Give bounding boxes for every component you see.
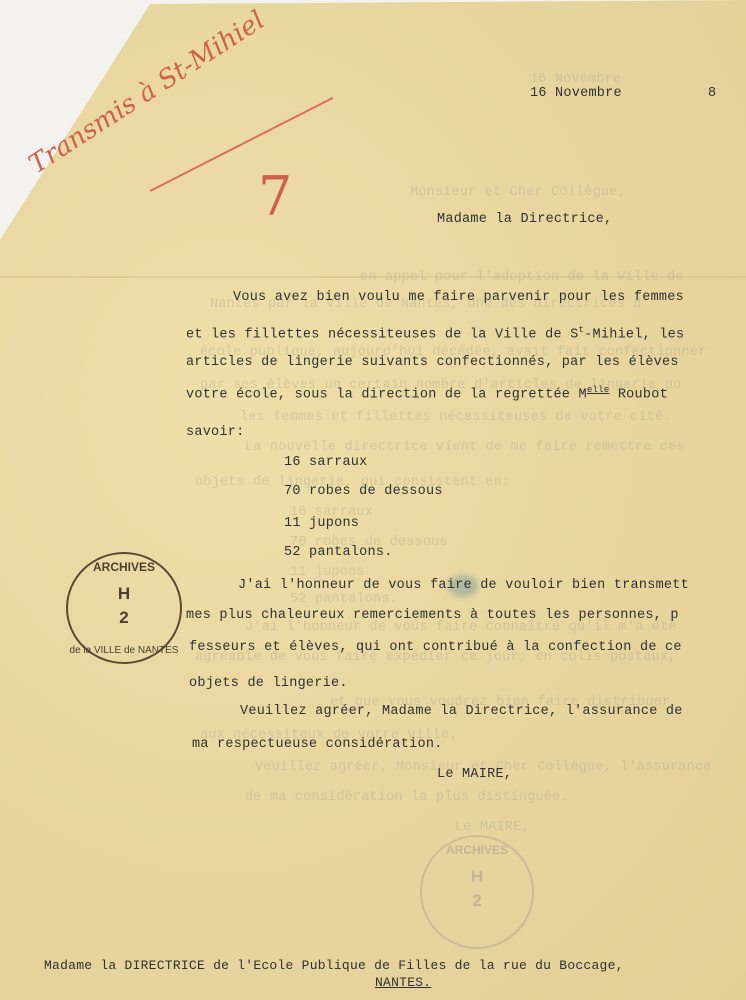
body-line: Vous avez bien voulu me faire parvenir p… <box>233 290 684 305</box>
stamp-number: 2 <box>422 891 532 911</box>
stamp-bottom-text: de la VILLE de NANTES <box>68 645 180 656</box>
body-line: J'ai l'honneur de vous faire de vouloir … <box>238 578 689 593</box>
handwritten-number: 7 <box>258 165 292 228</box>
address-line: Madame la DIRECTRICE de l'Ecole Publique… <box>44 958 624 973</box>
body-line: ma respectueuse considération. <box>192 737 443 752</box>
stamp-top-text: ARCHIVES <box>68 560 180 574</box>
ghost-line: en appel pour l'adoption de la Ville de <box>360 270 684 285</box>
stamp-number: 2 <box>68 608 180 628</box>
stamp-letter: H <box>422 867 532 887</box>
body-line: fesseurs et élèves, qui ont contribué à … <box>189 640 682 655</box>
stamp-letter: H <box>68 584 180 604</box>
body-line: savoir: <box>186 425 244 440</box>
letter-paper <box>0 0 746 1000</box>
stamp-top-text: ARCHIVES <box>422 843 532 857</box>
list-item: 11 jupons <box>284 516 359 531</box>
ghost-line: les femmes et fillettes nécessiteuses de… <box>240 410 672 425</box>
salutation: Madame la Directrice, <box>437 212 612 227</box>
letter-year-fragment: 8 <box>708 86 716 101</box>
body-line: articles de lingerie suivants confection… <box>186 355 679 370</box>
address-city: NANTES. <box>375 975 431 990</box>
body-line: mes plus chaleureux remerciements à tout… <box>186 608 679 623</box>
body-line-text: Roubot <box>609 388 667 403</box>
ghost-line: Le MAIRE, <box>455 820 530 835</box>
ghost-line: La nouvelle directrice vient de me faire… <box>245 440 685 455</box>
superscript: elle <box>587 385 610 395</box>
ghost-line: 52 pantalons. <box>290 592 398 607</box>
ghost-line: de ma considération la plus distinguée. <box>245 790 569 805</box>
body-line-text: votre école, sous la direction de la reg… <box>186 388 587 403</box>
body-line: votre école, sous la direction de la reg… <box>186 385 668 403</box>
list-item: 52 pantalons. <box>284 545 393 560</box>
faint-archives-stamp: ARCHIVES H 2 <box>420 835 534 949</box>
body-line-text: et les fillettes nécessiteuses de la Vil… <box>186 328 579 343</box>
list-item: 70 robes de dessous <box>284 484 443 499</box>
list-item: 16 sarraux <box>284 455 368 470</box>
archives-stamp: ARCHIVES H 2 de la VILLE de NANTES <box>66 552 182 664</box>
body-line: et les fillettes nécessiteuses de la Vil… <box>186 325 684 343</box>
letter-date: 16 Novembre <box>530 86 622 101</box>
body-line: objets de lingerie. <box>189 676 348 691</box>
body-line: Veuillez agréer, Madame la Directrice, l… <box>240 704 683 719</box>
ghost-date: 16 Novembre <box>530 72 621 87</box>
ghost-salutation: Monsieur et Cher Collègue, <box>410 185 626 200</box>
body-line-text: -Mihiel, les <box>584 328 684 343</box>
signature: Le MAIRE, <box>437 767 512 782</box>
